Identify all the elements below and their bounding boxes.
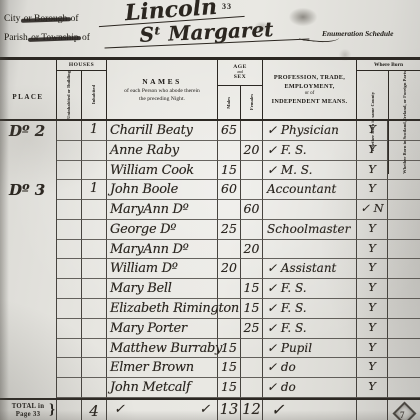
name-cell: William Dº — [107, 259, 218, 279]
profession-cell: ✓ do — [263, 378, 357, 398]
male-cell: 20 — [218, 259, 241, 279]
header-born-county: Whether Born in same County — [357, 71, 389, 174]
uninhabited-cell — [57, 259, 82, 279]
place-cell — [0, 141, 57, 161]
inhabited-cell — [82, 259, 107, 279]
table-row: MaryAnn Dº20Y — [0, 240, 420, 260]
profession-cell: ✓ M. S. — [263, 161, 357, 181]
name-cell: William Cook — [107, 161, 218, 181]
male-cell — [218, 299, 241, 319]
total-profession-cell: ✓ — [263, 400, 357, 420]
uninhabited-cell — [57, 121, 82, 141]
female-cell — [241, 220, 263, 240]
total-names-cell: ✓ ✓ — [107, 400, 218, 420]
total-males-cell: 13 — [218, 400, 241, 420]
header-age-sex: AGE and SEX Males Females — [218, 60, 263, 119]
place-cell — [0, 240, 57, 260]
born_county-cell: Y — [357, 299, 388, 319]
born_other-cell — [388, 200, 420, 220]
total-born-county-cell — [357, 400, 388, 420]
header-females: Females — [241, 86, 263, 119]
table-row: George Dº25SchoolmasterY — [0, 220, 420, 240]
place-cell — [0, 161, 57, 181]
female-cell — [241, 358, 263, 378]
name-cell: Mary Porter — [107, 319, 218, 339]
female-cell: 20 — [241, 141, 263, 161]
inhabited-cell — [82, 240, 107, 260]
header-males: Males — [218, 86, 241, 119]
name-cell: MaryAnn Dº — [107, 240, 218, 260]
total-label: TOTAL in Page 33 } — [0, 400, 57, 420]
table-row: Mary Porter25✓ F. S.Y — [0, 319, 420, 339]
place-cell — [0, 358, 57, 378]
place-cell — [0, 299, 57, 319]
city-struck-text: or Borough — [23, 14, 69, 24]
born_county-cell: ✓ N — [357, 200, 388, 220]
total-females-cell: 12 — [241, 400, 263, 420]
uninhabited-cell — [57, 220, 82, 240]
name-cell: Mary Bell — [107, 279, 218, 299]
total-inhabited-cell: 4 — [82, 400, 107, 420]
place-cell — [0, 319, 57, 339]
male-cell: 15 — [218, 378, 241, 398]
parish-label: Parish — [4, 33, 28, 43]
male-cell — [218, 240, 241, 260]
table-row: Elizabeth Rimington15✓ F. S.Y — [0, 299, 420, 319]
profession-cell: ✓ F. S. — [263, 141, 357, 161]
name-cell: George Dº — [107, 220, 218, 240]
header-names: NAMES of each Person who abode therein t… — [107, 60, 218, 119]
born_other-cell — [388, 220, 420, 240]
female-cell: 25 — [241, 319, 263, 339]
male-cell: 65 — [218, 121, 241, 141]
header-houses: HOUSES Uninhabited or Building Inhabited — [57, 60, 107, 119]
profession-cell: ✓ F. S. — [263, 299, 357, 319]
place-cell — [0, 279, 57, 299]
place-cell: Dº 2 — [0, 121, 57, 141]
name-cell: MaryAnn Dº — [107, 200, 218, 220]
female-cell — [241, 121, 263, 141]
header-uninhabited: Uninhabited or Building — [57, 71, 82, 119]
header-born-other: Whether Born in Scotland, Ireland, or Fo… — [389, 71, 420, 174]
tick-icon: ✓ — [114, 400, 125, 420]
name-cell: Matthew Burraby — [107, 339, 218, 359]
total-born-other-cell: 7 — [388, 400, 420, 420]
inhabited-cell — [82, 220, 107, 240]
inhabited-cell — [82, 378, 107, 398]
uninhabited-cell — [57, 358, 82, 378]
inhabited-cell — [82, 279, 107, 299]
born_county-cell: Y — [357, 180, 388, 200]
census-table: PLACE HOUSES Uninhabited or Building Inh… — [0, 57, 420, 420]
female-cell: 60 — [241, 200, 263, 220]
header-profession: PROFESSION, TRADE, EMPLOYMENT, or of IND… — [263, 60, 357, 119]
born_other-cell — [388, 240, 420, 260]
born_county-cell: Y — [357, 259, 388, 279]
born_other-cell — [388, 358, 420, 378]
stamp-mark: 7 — [392, 401, 416, 420]
name-cell: John Boole — [107, 180, 218, 200]
place-cell — [0, 378, 57, 398]
born_other-cell — [388, 319, 420, 339]
city-line: City or Borough of — [4, 14, 79, 24]
born_county-cell: Y — [357, 358, 388, 378]
uninhabited-cell — [57, 299, 82, 319]
table-row: William Dº20✓ AssistantY — [0, 259, 420, 279]
place-cell — [0, 220, 57, 240]
header-houses-label: HOUSES — [57, 60, 106, 71]
profession-cell — [263, 200, 357, 220]
male-cell: 25 — [218, 220, 241, 240]
city-label: City — [4, 14, 20, 24]
place-cell: Dº 3 — [0, 180, 57, 200]
inhabited-cell — [82, 339, 107, 359]
female-cell — [241, 259, 263, 279]
parish-line: Parish or Township of — [4, 33, 90, 43]
born_county-cell: Y — [357, 279, 388, 299]
uninhabited-cell — [57, 161, 82, 181]
table-header: PLACE HOUSES Uninhabited or Building Inh… — [0, 60, 420, 121]
female-cell: 15 — [241, 299, 263, 319]
uninhabited-cell — [57, 200, 82, 220]
uninhabited-cell — [57, 378, 82, 398]
profession-cell: ✓ Assistant — [263, 259, 357, 279]
profession-cell: ✓ F. S. — [263, 279, 357, 299]
place-cell — [0, 339, 57, 359]
male-cell — [218, 141, 241, 161]
profession-cell: ✓ F. S. — [263, 319, 357, 339]
uninhabited-cell — [57, 339, 82, 359]
born_county-cell: Y — [357, 378, 388, 398]
name-cell: Anne Raby — [107, 141, 218, 161]
table-row: John Metcalf15✓ doY — [0, 378, 420, 398]
total-uninhabited-cell — [57, 400, 82, 420]
born_other-cell — [388, 299, 420, 319]
born_county-cell: Y — [357, 339, 388, 359]
inhabited-cell — [82, 200, 107, 220]
place-cell — [0, 259, 57, 279]
inhabited-cell — [82, 161, 107, 181]
born_county-cell: Y — [357, 220, 388, 240]
inhabited-cell — [82, 299, 107, 319]
uninhabited-cell — [57, 180, 82, 200]
inhabited-cell — [82, 358, 107, 378]
female-cell: 15 — [241, 279, 263, 299]
profession-cell: Accountant — [263, 180, 357, 200]
born_county-cell: Y — [357, 319, 388, 339]
born_other-cell — [388, 339, 420, 359]
male-cell: 60 — [218, 180, 241, 200]
male-cell: 15 — [218, 339, 241, 359]
parish-struck-text: or Township — [30, 33, 79, 43]
name-cell: Charill Beaty — [107, 121, 218, 141]
female-cell — [241, 378, 263, 398]
female-cell: 20 — [241, 240, 263, 260]
schedule-label: Enumeration Schedule — [322, 29, 393, 38]
table-row: Matthew Burraby15✓ PupilY — [0, 339, 420, 359]
header-where-born: Where Born Whether Born in same County W… — [357, 60, 420, 119]
male-cell — [218, 200, 241, 220]
uninhabited-cell — [57, 319, 82, 339]
female-cell — [241, 180, 263, 200]
inhabited-cell: 1 — [82, 180, 107, 200]
inhabited-cell — [82, 141, 107, 161]
name-cell: Elizabeth Rimington — [107, 299, 218, 319]
name-cell: Elmer Brown — [107, 358, 218, 378]
profession-cell: Schoolmaster — [263, 220, 357, 240]
uninhabited-cell — [57, 240, 82, 260]
male-cell — [218, 319, 241, 339]
born_county-cell: Y — [357, 240, 388, 260]
profession-cell: ✓ do — [263, 358, 357, 378]
born_other-cell — [388, 259, 420, 279]
female-cell — [241, 339, 263, 359]
table-row: MaryAnn Dº60✓ N — [0, 200, 420, 220]
uninhabited-cell — [57, 141, 82, 161]
table-row: Elmer Brown15✓ doY — [0, 358, 420, 378]
male-cell: 15 — [218, 358, 241, 378]
city-of: of — [71, 14, 79, 24]
male-cell: 15 — [218, 161, 241, 181]
table-row: Dº 31John Boole60AccountantY — [0, 180, 420, 200]
uninhabited-cell — [57, 279, 82, 299]
tick-icon: ✓ — [199, 400, 210, 420]
place-cell — [0, 200, 57, 220]
header-place: PLACE — [0, 60, 57, 119]
table-row: Mary Bell15✓ F. S.Y — [0, 279, 420, 299]
inhabited-cell: 1 — [82, 121, 107, 141]
born_other-cell — [388, 279, 420, 299]
female-cell — [241, 161, 263, 181]
census-page: 33 City or Borough of Lincoln Parish or … — [0, 0, 420, 420]
name-cell: John Metcalf — [107, 378, 218, 398]
male-cell — [218, 279, 241, 299]
total-row: TOTAL in Page 33 } 4 ✓ ✓ 13 12 ✓ 7 — [0, 398, 420, 420]
born_other-cell — [388, 180, 420, 200]
born_other-cell — [388, 378, 420, 398]
parish-of: of — [82, 33, 90, 43]
inhabited-cell — [82, 319, 107, 339]
profession-cell: ✓ Physician — [263, 121, 357, 141]
header-inhabited: Inhabited — [82, 71, 106, 119]
profession-cell — [263, 240, 357, 260]
brace-glyph: } — [49, 402, 55, 419]
profession-cell: ✓ Pupil — [263, 339, 357, 359]
